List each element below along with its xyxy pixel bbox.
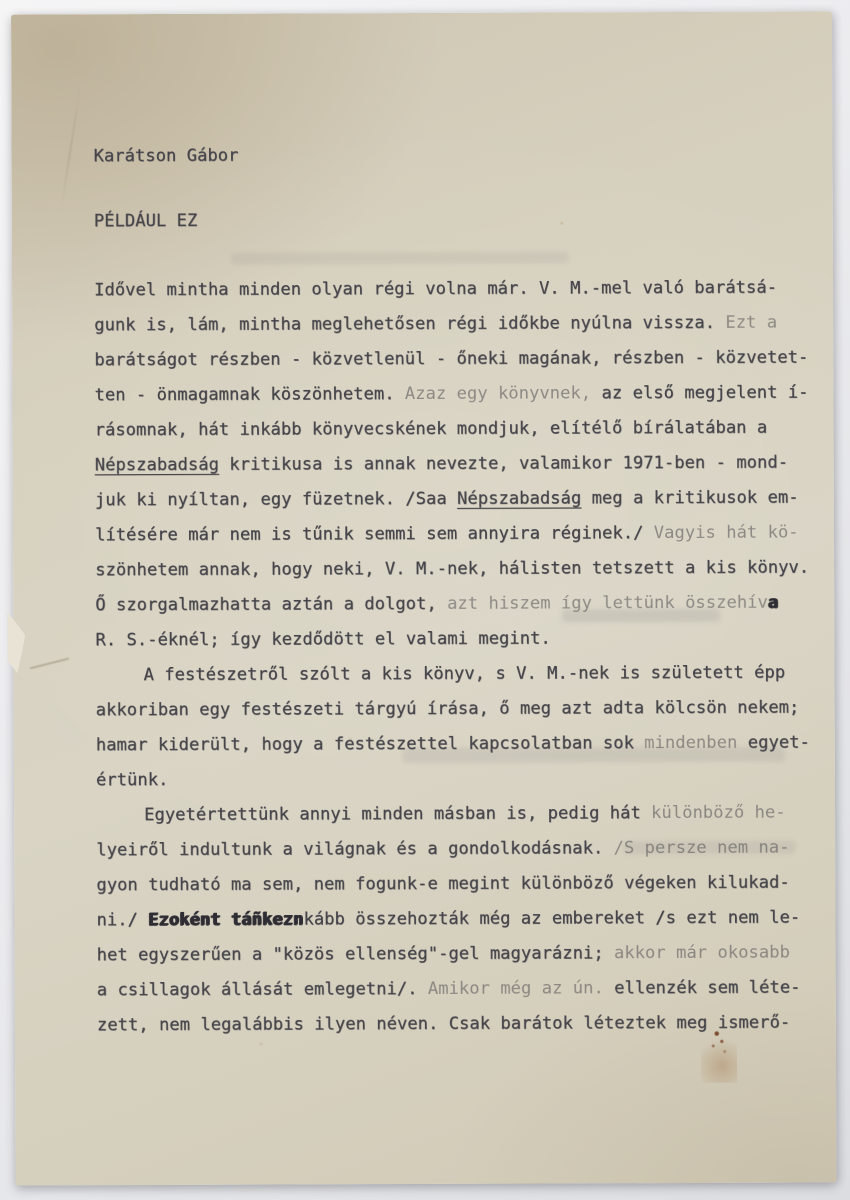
text-segment: Népszabadság (95, 455, 219, 475)
text-line: a csillagok állását emlegetni/. Amikor m… (97, 970, 829, 1008)
text-segment: kritikusa is annak nevezte, valamikor 19… (219, 453, 788, 475)
text-segment: a (768, 593, 778, 613)
text-segment: het egyszerűen a "közös ellenség"-gel ma… (97, 943, 614, 965)
text-segment: meg a kritikusok em- (581, 488, 798, 509)
text-line: Ő szorgalmazhatta aztán a dolgot, azt hi… (95, 585, 827, 623)
text-segment: akkoriban egy festészeti tárgyú írása, ő… (96, 698, 800, 721)
text-segment: az első megjelent í- (601, 383, 808, 404)
text-segment: azt hiszem így lettünk összehív (447, 593, 768, 614)
text-segment: hamar kiderült, hogy a festészettel kapc… (96, 733, 645, 755)
text-segment: Azaz egy könyvnek, (405, 383, 602, 404)
typewritten-text: Karátson Gábor PÉLDÁUL EZ Idővel mintha … (93, 136, 828, 1043)
paragraph: Egyetértettünk annyi minden másban is, p… (96, 795, 829, 1043)
text-line: Idővel mintha minden olyan régi volna má… (94, 270, 826, 308)
text-segment: juk ki nyíltan, egy füzetnek. /Saa (95, 489, 457, 510)
text-body: Idővel mintha minden olyan régi volna má… (94, 270, 829, 1043)
text-line: szönhetem annak, hogy neki, V. M.-nek, h… (95, 550, 827, 588)
text-segment: a csillagok állását emlegetni/. (97, 979, 428, 1000)
text-line: Egyetértettünk annyi minden másban is, p… (96, 795, 828, 833)
paper-crease (30, 658, 69, 669)
text-line: értünk. (96, 760, 828, 798)
text-segment: Ő szorgalmazhatta aztán a dolgot, (95, 594, 447, 615)
text-segment: Vagyis hát kö- (654, 523, 799, 544)
text-segment: Egyetértettünk annyi minden másban is, p… (144, 803, 651, 825)
text-line: R. S.-éknél; így kezdődött el valami meg… (95, 620, 827, 658)
text-segment: Amikor még az ún. (428, 978, 614, 999)
text-line: barátságot részben - közvetlenül - őneki… (94, 340, 826, 378)
text-line: Népszabadság kritikusa is annak nevezte,… (95, 445, 827, 483)
document-page: Karátson Gábor PÉLDÁUL EZ Idővel mintha … (11, 11, 836, 1185)
text-segment: egyet- (737, 733, 810, 753)
text-segment: szönhetem annak, hogy neki, V. M.-nek, h… (95, 558, 809, 581)
text-segment: rásomnak, hát inkább könyvecskének mondj… (95, 418, 768, 441)
text-line: ni./ Ezoként táñkeznkább összehozták még… (96, 900, 828, 938)
text-segment: kább összehozták még az embereket /s ezt… (303, 908, 800, 930)
text-segment: gunk is, lám, mintha meglehetősen régi i… (94, 313, 725, 335)
author-name: Karátson Gábor (93, 136, 825, 174)
text-segment: gyon tudható ma sem, nem fogunk-e megint… (96, 873, 789, 896)
text-segment: R. S.-éknél; így kezdődött el valami meg… (95, 629, 550, 651)
text-segment: különböző he- (651, 803, 786, 824)
text-line: gyon tudható ma sem, nem fogunk-e megint… (96, 865, 828, 903)
text-segment: értünk. (96, 770, 169, 790)
text-segment: Idővel mintha minden olyan régi volna má… (94, 278, 777, 301)
text-segment: barátságot részben - közvetlenül - őneki… (94, 348, 808, 371)
text-line: ten - önmagamnak köszönhetem. Azaz egy k… (94, 375, 826, 413)
paragraph: A festészetről szólt a kis könyv, s V. M… (95, 655, 828, 798)
text-segment: mindenben (644, 733, 737, 753)
text-line: A festészetről szólt a kis könyv, s V. M… (95, 655, 827, 693)
text-line: lyeiről indultunk a világnak és a gondol… (96, 830, 828, 868)
text-line: lítésére már nem is tűnik semmi sem anny… (95, 515, 827, 553)
text-line: rásomnak, hát inkább könyvecskének mondj… (95, 410, 827, 448)
text-segment: zett, nem legalábbis ilyen néven. Csak b… (97, 1013, 790, 1036)
text-segment: /S persze nem na- (614, 838, 790, 859)
text-line: juk ki nyíltan, egy füzetnek. /Saa Népsz… (95, 480, 827, 518)
text-line: het egyszerűen a "közös ellenség"-gel ma… (97, 935, 829, 973)
text-segment: Ezoként táñkezn (148, 909, 303, 930)
text-segment: A festészetről szólt a kis könyv, s V. M… (144, 663, 786, 685)
text-line: hamar kiderült, hogy a festészettel kapc… (96, 725, 828, 763)
text-segment: ellenzék sem léte- (614, 978, 800, 999)
text-segment: Ezt a (725, 313, 777, 333)
paper-crease (60, 85, 82, 214)
text-segment: ten - önmagamnak köszönhetem. (94, 384, 405, 405)
text-segment: akkor már okosabb (614, 943, 790, 964)
text-segment: lyeiről indultunk a világnak és a gondol… (96, 838, 613, 860)
text-segment: Népszabadság (457, 488, 581, 508)
scanned-document: Karátson Gábor PÉLDÁUL EZ Idővel mintha … (0, 0, 850, 1200)
text-segment: lítésére már nem is tűnik semmi sem anny… (95, 523, 654, 545)
text-line: gunk is, lám, mintha meglehetősen régi i… (94, 305, 826, 343)
paper-tear (7, 612, 25, 674)
document-title: PÉLDÁUL EZ (94, 201, 826, 239)
stain (701, 1027, 737, 1083)
paragraph: Idővel mintha minden olyan régi volna má… (94, 270, 827, 658)
text-segment: ni./ (96, 910, 148, 930)
text-line: akkoriban egy festészeti tárgyú írása, ő… (96, 690, 828, 728)
